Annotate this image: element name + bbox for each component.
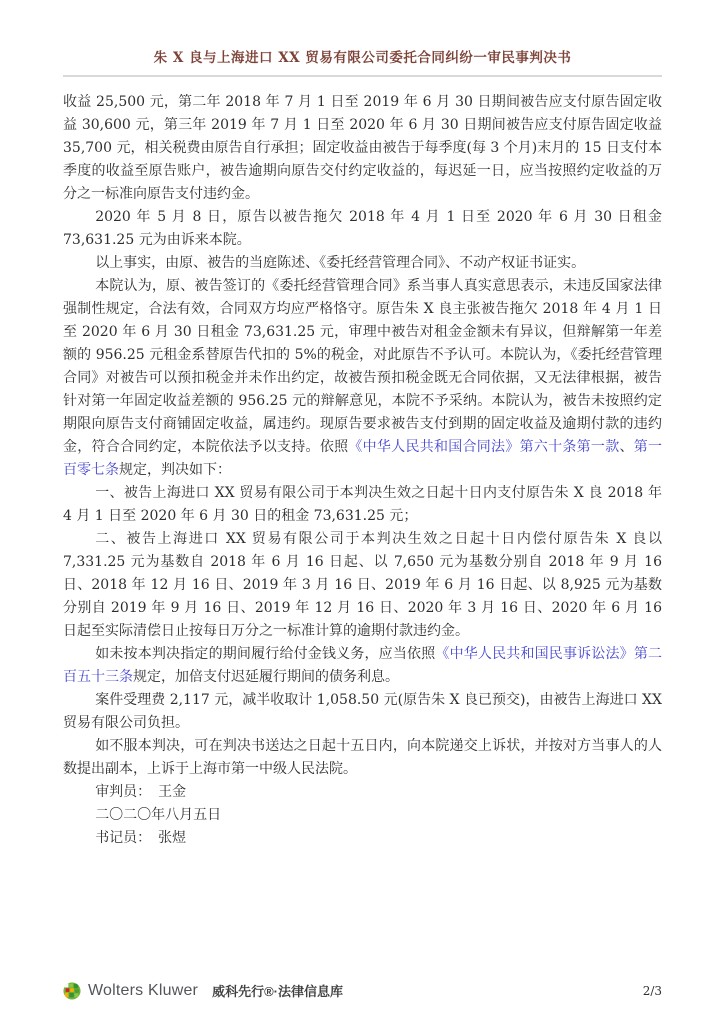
text-segment: 规定，加倍支付迟延履行期间的债务利息。 — [133, 669, 399, 685]
text-segment: 收益 25,500 元，第二年 2018 年 7 月 1 日至 2019 年 6… — [63, 94, 662, 202]
text-segment: 案件受理费 2,117 元，减半收取计 1,058.50 元(原告朱 X 良已预… — [63, 692, 662, 731]
text-segment: 如未按本判决指定的期间履行给付金钱义务，应当依照 — [95, 646, 435, 662]
page-number: 2/3 — [643, 984, 662, 998]
paragraph: 二、被告上海进口 XX 贸易有限公司于本判决生效之日起十日内偿付原告朱 X 良以… — [63, 528, 662, 643]
text-segment: 如不服本判决，可在判决书送达之日起十五日内，向本院递交上诉状，并按对方当事人的人… — [63, 738, 662, 777]
wolters-kluwer-wordmark: Wolters Kluwer — [88, 982, 198, 1000]
paragraph: 一、被告上海进口 XX 贸易有限公司于本判决生效之日起十日内支付原告朱 X 良 … — [63, 482, 662, 528]
wolters-kluwer-logo-icon — [63, 982, 81, 1000]
text-segment: 规定，判决如下： — [119, 462, 231, 478]
footer-branding: Wolters Kluwer 威科先行®·法律信息库 — [63, 981, 343, 1000]
paragraph: 2020 年 5 月 8 日，原告以被告拖欠 2018 年 4 月 1 日至 2… — [63, 206, 662, 252]
page-footer: Wolters Kluwer 威科先行®·法律信息库 2/3 — [63, 981, 662, 1000]
text-segment: 一、被告上海进口 XX 贸易有限公司于本判决生效之日起十日内支付原告朱 X 良 … — [63, 485, 662, 524]
paragraph: 收益 25,500 元，第二年 2018 年 7 月 1 日至 2019 年 6… — [63, 91, 662, 206]
text-segment: 2020 年 5 月 8 日，原告以被告拖欠 2018 年 4 月 1 日至 2… — [63, 209, 662, 248]
text-segment: 审判员： 王金 — [95, 784, 186, 800]
text-segment: 以上事实，由原、被告的当庭陈述、《委托经营管理合同》、不动产权证书证实。 — [95, 255, 585, 271]
paragraph: 以上事实，由原、被告的当庭陈述、《委托经营管理合同》、不动产权证书证实。 — [63, 252, 662, 275]
header-divider — [63, 75, 662, 77]
text-segment: 、 — [619, 439, 633, 455]
product-name: 威科先行®·法律信息库 — [212, 981, 343, 1000]
text-segment: 书记员： 张煜 — [95, 830, 186, 846]
paragraph: 二〇二〇年八月五日 — [63, 804, 662, 827]
document-page: 朱 X 良与上海进口 XX 贸易有限公司委托合同纠纷一审民事判决书 收益 25,… — [0, 0, 724, 1024]
paragraph: 案件受理费 2,117 元，减半收取计 1,058.50 元(原告朱 X 良已预… — [63, 689, 662, 735]
paragraph: 本院认为，原、被告签订的《委托经营管理合同》系当事人真实意思表示，未违反国家法律… — [63, 275, 662, 482]
paragraph: 如未按本判决指定的期间履行给付金钱义务，应当依照《中华人民共和国民事诉讼法》第二… — [63, 643, 662, 689]
text-segment: 本院认为，原、被告签订的《委托经营管理合同》系当事人真实意思表示，未违反国家法律… — [63, 278, 662, 455]
statute-link[interactable]: 《中华人民共和国合同法》第六十条第一款 — [348, 439, 619, 455]
text-segment: 二、被告上海进口 XX 贸易有限公司于本判决生效之日起十日内偿付原告朱 X 良以… — [63, 531, 662, 639]
page-title: 朱 X 良与上海进口 XX 贸易有限公司委托合同纠纷一审民事判决书 — [63, 46, 662, 66]
paragraph: 书记员： 张煜 — [63, 827, 662, 850]
document-body: 收益 25,500 元，第二年 2018 年 7 月 1 日至 2019 年 6… — [63, 91, 662, 850]
text-segment: 二〇二〇年八月五日 — [95, 807, 221, 823]
paragraph: 如不服本判决，可在判决书送达之日起十五日内，向本院递交上诉状，并按对方当事人的人… — [63, 735, 662, 781]
paragraph: 审判员： 王金 — [63, 781, 662, 804]
